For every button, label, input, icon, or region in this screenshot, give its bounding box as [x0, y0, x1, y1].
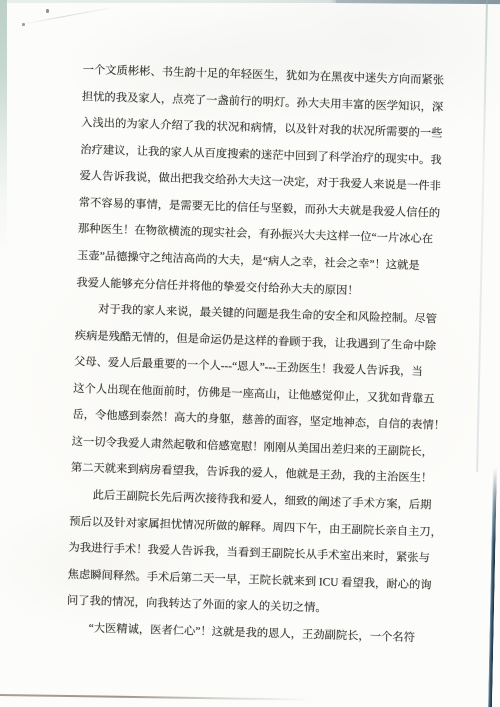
scan-edge-left-band — [0, 0, 7, 255]
paragraph: 对于我的家人来说，最关键的问题是我生命的安全和风险控制。尽管疾病是残酷无情的，但… — [70, 296, 447, 493]
ink-speck — [46, 9, 49, 13]
scan-edge-right-faint — [476, 0, 488, 472]
document-text-block: 一个文质彬彬、书生韵十足的年轻医生，犹如为在黑夜中迷失方向而紧张担忧的我及家人，… — [66, 57, 455, 652]
paragraph: 此后王副院长先后两次接待我和爱人，细致的阐述了手术方案，后期预后以及针对家属担忧… — [66, 482, 442, 626]
scan-edge-top-band — [0, 0, 500, 3]
scanned-document-page: 一个文质彬彬、书生韵十足的年轻医生，犹如为在黑夜中迷失方向而紧张担忧的我及家人，… — [0, 0, 500, 707]
paragraph: 一个文质彬彬、书生韵十足的年轻医生，犹如为在黑夜中迷失方向而紧张担忧的我及家人，… — [76, 57, 455, 307]
scan-edge-bottom-shadow — [0, 694, 310, 701]
ink-speck — [22, 23, 25, 26]
scratch-mark — [26, 6, 117, 24]
scan-edge-right-dark — [488, 468, 497, 707]
scan-edge-top-right — [336, 0, 500, 4]
